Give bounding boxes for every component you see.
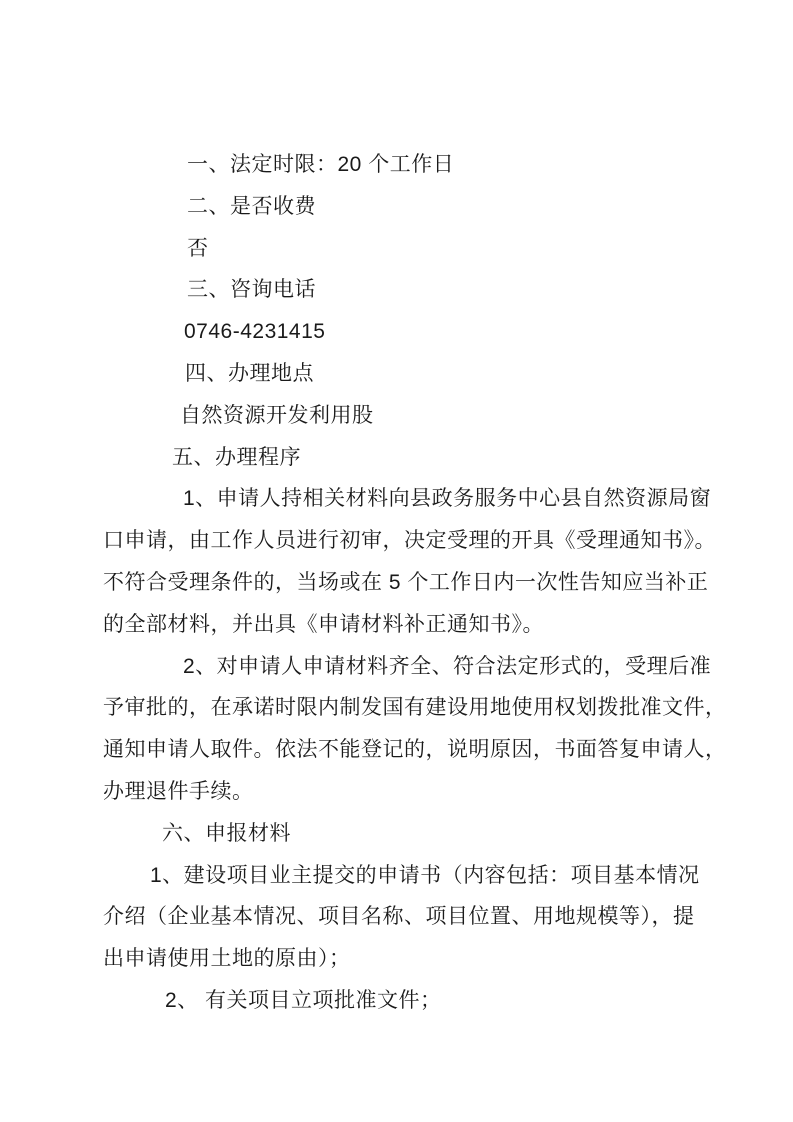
procedure-step1-line4: 的全部材料，并出具《申请材料补正通知书》。 — [103, 604, 715, 646]
heading-location: 四、办理地点 — [103, 353, 715, 395]
procedure-step1-line1: 1、申请人持相关材料向县政务服务中心县自然资源局窗 — [103, 478, 715, 520]
procedure-step2-line3: 通知申请人取件。依法不能登记的，说明原因，书面答复申请人， — [103, 729, 715, 771]
location-value: 自然资源开发利用股 — [103, 395, 715, 437]
procedure-step1-line2: 口申请，由工作人员进行初审，决定受理的开具《受理通知书》。 — [103, 520, 715, 562]
document-body: 一、法定时限：20 个工作日 二、是否收费 否 三、咨询电话 0746-4231… — [103, 144, 715, 1022]
procedure-step2-line4: 办理退件手续。 — [103, 771, 715, 813]
heading-fee: 二、是否收费 — [103, 186, 715, 228]
heading-phone: 三、咨询电话 — [103, 269, 715, 311]
document-page: 一、法定时限：20 个工作日 二、是否收费 否 三、咨询电话 0746-4231… — [0, 0, 793, 1122]
heading-legal-time-limit: 一、法定时限：20 个工作日 — [103, 144, 715, 186]
fee-answer: 否 — [103, 228, 715, 270]
materials-item1-line1: 1、建设项目业主提交的申请书（内容包括：项目基本情况 — [103, 855, 715, 897]
procedure-step1-line3: 不符合受理条件的，当场或在 5 个工作日内一次性告知应当补正 — [103, 562, 715, 604]
procedure-step2-line1: 2、对申请人申请材料齐全、符合法定形式的，受理后准 — [103, 646, 715, 688]
materials-item2: 2、 有关项目立项批准文件； — [103, 980, 715, 1022]
heading-materials: 六、申报材料 — [103, 813, 715, 855]
phone-number: 0746-4231415 — [103, 311, 715, 353]
procedure-step2-line2: 予审批的，在承诺时限内制发国有建设用地使用权划拨批准文件， — [103, 687, 715, 729]
materials-item1-line2: 介绍（企业基本情况、项目名称、项目位置、用地规模等），提 — [103, 896, 715, 938]
heading-procedure: 五、办理程序 — [103, 437, 715, 479]
materials-item1-line3: 出申请使用土地的原由）； — [103, 938, 715, 980]
